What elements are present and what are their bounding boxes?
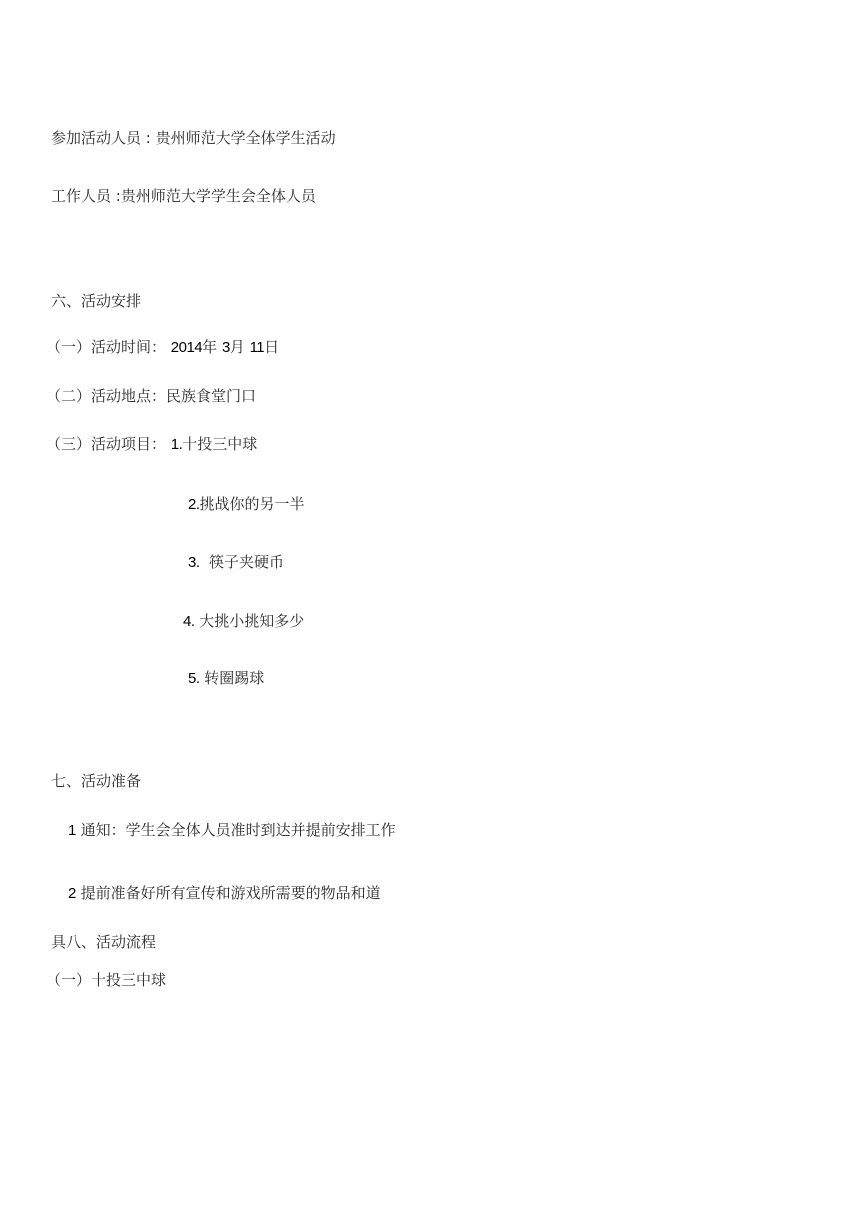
project-3-text: 筷子夹硬币 (200, 553, 285, 571)
activity-location-label: （二）活动地点： (46, 387, 166, 405)
activity-day: 11 (250, 339, 265, 356)
project-item-4: 4. 大挑小挑知多少 (183, 611, 304, 632)
project-1-text: 十投三中球 (182, 435, 257, 453)
activity-time-label: （一）活动时间： (46, 338, 171, 356)
participants-line: 参加活动人员 : 贵州师范大学全体学生活动 (51, 128, 336, 148)
activity-projects-line: （三）活动项目： 1.十投三中球 (46, 434, 257, 455)
project-item-3: 3. 筷子夹硬币 (188, 552, 284, 573)
document-page: 参加活动人员 : 贵州师范大学全体学生活动 工作人员 :贵州师范大学学生会全体人… (0, 0, 860, 1218)
section7-heading: 七、活动准备 (51, 771, 141, 791)
staff-value: 贵州师范大学学生会全体人员 (121, 187, 316, 205)
section8-heading: 具八、活动流程 (51, 932, 156, 952)
project-4-text: 大挑小挑知多少 (195, 612, 305, 630)
project-1-num: 1. (171, 436, 183, 453)
activity-year: 2014 (171, 339, 202, 356)
project-5-text: 转圈踢球 (200, 669, 265, 687)
activity-location-value: 民族食堂门口 (166, 387, 256, 405)
participants-value: 贵州师范大学全体学生活动 (156, 129, 336, 147)
project-3-num: 3. (188, 554, 200, 571)
activity-projects-label: （三）活动项目： (46, 435, 171, 453)
activity-month: 3 (222, 339, 230, 356)
project-item-5: 5. 转圈踢球 (188, 668, 264, 689)
activity-month-unit: 月 (230, 338, 250, 356)
activity-year-unit: 年 (202, 338, 222, 356)
project-5-num: 5. (188, 670, 200, 687)
prep-1-text: 通知：学生会全体人员准时到达并提前安排工作 (76, 821, 396, 839)
section6-heading: 六、活动安排 (51, 291, 141, 311)
staff-label: 工作人员 : (51, 187, 121, 205)
project-item-2: 2.挑战你的另一半 (188, 494, 305, 515)
activity-location-line: （二）活动地点：民族食堂门口 (46, 386, 256, 406)
project-2-num: 2. (188, 496, 200, 513)
staff-line: 工作人员 :贵州师范大学学生会全体人员 (51, 186, 316, 206)
activity-day-unit: 日 (264, 338, 279, 356)
activity-time-line: （一）活动时间： 2014年 3月 11日 (46, 337, 279, 358)
project-2-text: 挑战你的另一半 (200, 495, 305, 513)
prep-item-1: 1 通知：学生会全体人员准时到达并提前安排工作 (68, 820, 396, 841)
prep-item-2: 2 提前准备好所有宣传和游戏所需要的物品和道 (68, 883, 381, 904)
section8-sub1: （一）十投三中球 (46, 970, 166, 990)
prep-2-num: 2 (68, 885, 76, 902)
participants-label: 参加活动人员 : (51, 129, 156, 147)
project-4-num: 4. (183, 613, 195, 630)
prep-1-num: 1 (68, 822, 76, 839)
prep-2-text: 提前准备好所有宣传和游戏所需要的物品和道 (76, 884, 381, 902)
